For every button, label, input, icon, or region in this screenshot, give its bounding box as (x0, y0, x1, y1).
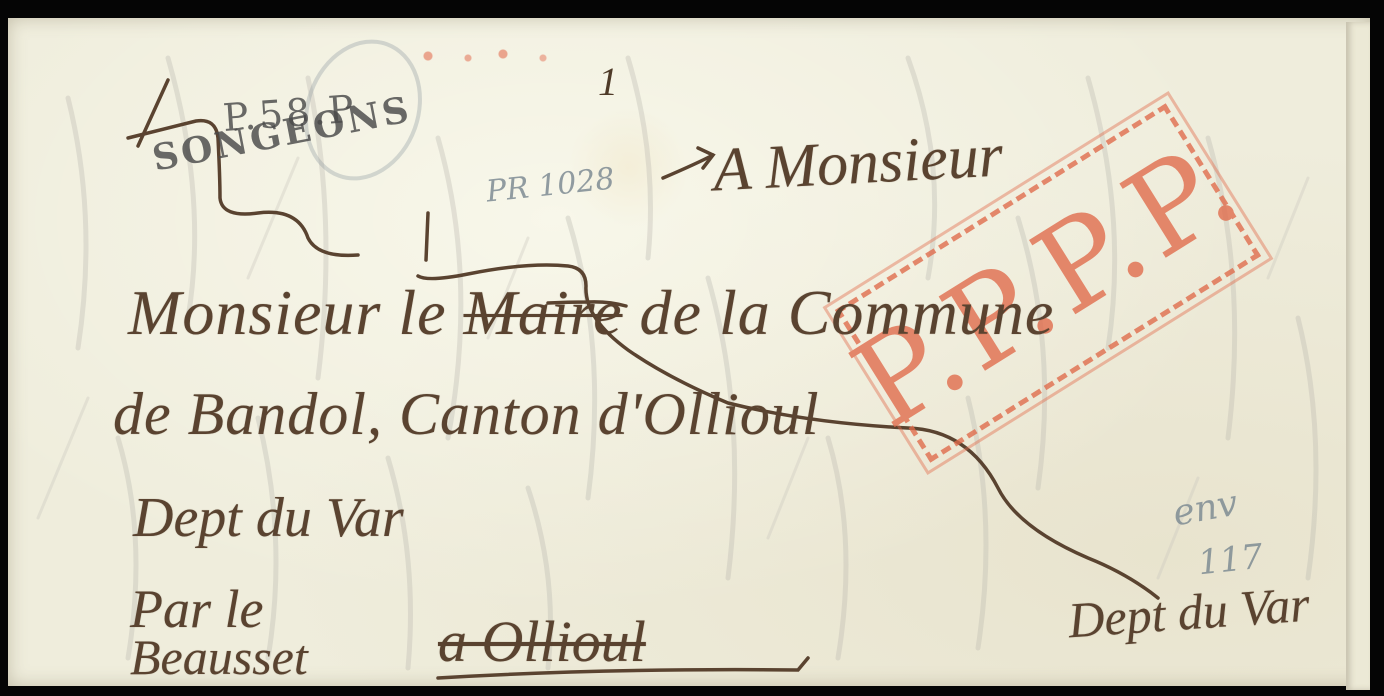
address-line1-part-b: de la Commune (623, 277, 1055, 348)
address-line5-struck: a Ollioul (438, 608, 646, 675)
red-ink-specks (408, 48, 588, 66)
address-line5: Beausset (130, 628, 308, 686)
address-line3: Dept du Var (133, 486, 404, 550)
paper-fold-edge (1346, 22, 1370, 690)
pencil-note-line2: 117 (1196, 537, 1265, 584)
address-line1-struck: Maire (464, 277, 623, 348)
address-line1: Monsieur le Maire de la Commune (128, 276, 1054, 350)
address-line1-part-a: Monsieur le (128, 277, 464, 348)
address-line2: de Bandol, Canton d'Ollioul (113, 380, 819, 449)
letter-cover: P.58.P SONGEONS 1 PR 1028 env 117 P.P.P.… (8, 18, 1370, 686)
rate-mark: 1 (598, 58, 618, 105)
address-salutation: A Monsieur (711, 120, 1004, 206)
